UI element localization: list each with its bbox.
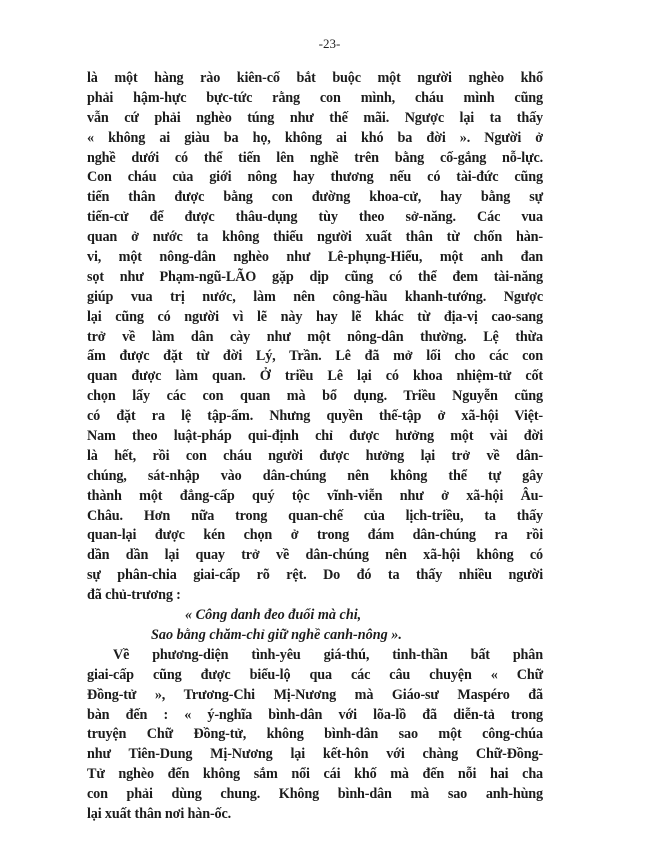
paragraph-2: Về phương-diện tình-yêu giá-thú, tinh-th… — [87, 646, 543, 825]
paragraph-1: là một hàng rào kiên-cố bắt buộc một ngư… — [87, 69, 543, 606]
text-line: lại cũng có người vì lẽ này hay lẽ khác … — [87, 308, 543, 328]
verse-line: « Công danh đeo đuổi mà chi, — [87, 606, 543, 626]
text-line: dần dần lại quay trở về dân-chúng nên xã… — [87, 546, 543, 566]
text-line: Về phương-diện tình-yêu giá-thú, tinh-th… — [87, 646, 543, 666]
text-line: quan-lại được kén chọn ở trong đám dân-c… — [87, 526, 543, 546]
text-line: Tử nghèo đến không sắm nổi cái khố mà đế… — [87, 765, 543, 785]
verse-line: Sao bằng chăm-chỉ giữ nghề canh-nông ». — [87, 626, 543, 646]
text-line: con phải dùng chung. Không bình-dân mà s… — [87, 785, 543, 805]
text-line: phải hậm-hực bực-tức rằng con mình, cháu… — [87, 89, 543, 109]
text-line: Nam theo luật-pháp qui-định chỉ được hưở… — [87, 427, 543, 447]
text-line: chọn lấy các con quan mà bổ dụng. Triều … — [87, 387, 543, 407]
text-line: quan ở nước ta không thiếu người xuất th… — [87, 228, 543, 248]
text-line: vẫn cứ phải nghèo túng như thế mãi. Ngượ… — [87, 109, 543, 129]
text-line: tiến thân được bằng con đường khoa-cử, h… — [87, 188, 543, 208]
text-line: Con cháu của giới nông hay thương nếu có… — [87, 168, 543, 188]
text-line: nghề dưới có thể tiến lên nghề trên bằng… — [87, 149, 543, 169]
body-text: là một hàng rào kiên-cố bắt buộc một ngư… — [87, 69, 543, 825]
text-line: quan được làm quan. Ở triều Lê lại có kh… — [87, 367, 543, 387]
text-line: truyện Chữ Đồng-tử, không bình-dân sao m… — [87, 725, 543, 745]
text-line: Đồng-tử », Trương-Chi Mị-Nương mà Giáo-s… — [87, 686, 543, 706]
text-line: tiến-cử để được thâu-dụng tùy theo sở-nă… — [87, 208, 543, 228]
text-line: Châu. Hơn nữa trong quan-chế của lịch-tr… — [87, 507, 543, 527]
text-line: ấm được đặt từ đời Lý, Trần. Lê đã mở lố… — [87, 347, 543, 367]
text-line: chúng, sát-nhập vào dân-chúng nên không … — [87, 467, 543, 487]
text-line: giúp vua trị nước, làm nên công-hầu khan… — [87, 288, 543, 308]
text-line: thành một đẳng-cấp quý tộc vĩnh-viễn như… — [87, 487, 543, 507]
verse-quote: « Công danh đeo đuổi mà chi, Sao bằng ch… — [87, 606, 543, 646]
text-line: là một hàng rào kiên-cố bắt buộc một ngư… — [87, 69, 543, 89]
text-line: lại xuất thân nơi hàn-ốc. — [87, 805, 543, 825]
text-line: vi, một nông-dân nghèo như Lê-phụng-Hiểu… — [87, 248, 543, 268]
text-line: như Tiên-Dung Mị-Nương lại kết-hôn với c… — [87, 745, 543, 765]
text-line: « không ai giàu ba họ, không ai khó ba đ… — [87, 129, 543, 149]
page-number: -23- — [0, 36, 659, 52]
text-line: sự phân-chia giai-cấp rõ rệt. Do đó ta t… — [87, 566, 543, 586]
text-line: có đặt ra lệ tập-ấm. Nhưng quyền thế-tập… — [87, 407, 543, 427]
text-line: bàn đến : « ý-nghĩa bình-dân với lõa-lồ … — [87, 706, 543, 726]
text-line: sọt như Phạm-ngũ-LÃO gặp dịp cũng có thể… — [87, 268, 543, 288]
text-line: đã chủ-trương : — [87, 586, 543, 606]
text-line: giai-cấp cũng được biểu-lộ qua các câu c… — [87, 666, 543, 686]
text-line: là hết, rồi con cháu người được hưởng lạ… — [87, 447, 543, 467]
text-line: trở về làm dân cày như một nông-dân thườ… — [87, 328, 543, 348]
